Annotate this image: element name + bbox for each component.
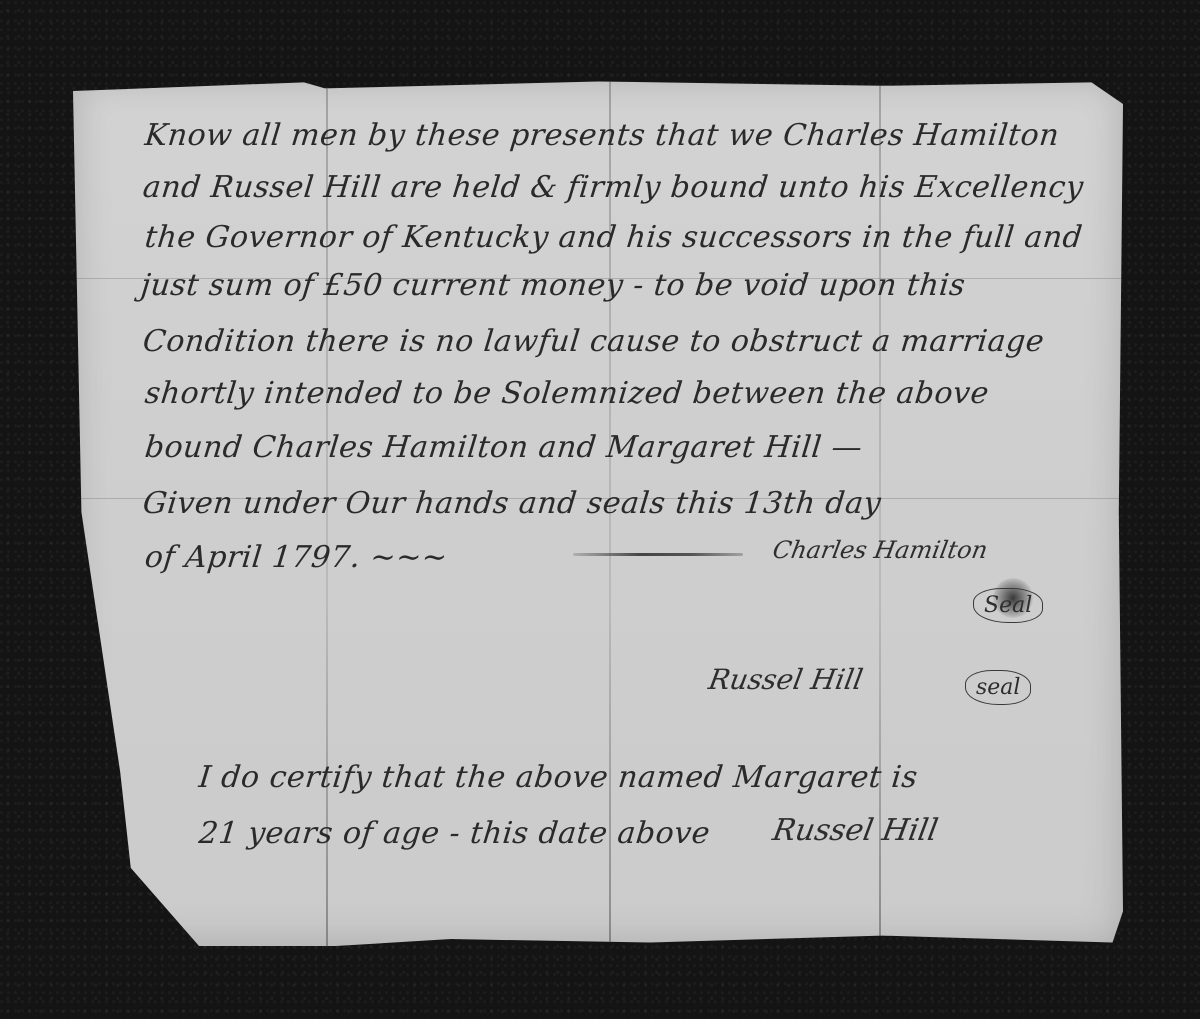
bond-line-2: and Russel Hill are held & firmly bound … [141,170,1085,205]
signature-russel-hill: Russel Hill [706,663,865,696]
document-page: Know all men by these presents that we C… [73,78,1123,946]
certification-signature: Russel Hill [770,813,941,848]
seal-2: seal [965,670,1031,705]
bond-line-5: Condition there is no lawful cause to ob… [141,324,1046,359]
bond-line-6: shortly intended to be Solemnized betwee… [143,376,991,411]
signature-charles-hamilton: Charles Hamilton [771,536,990,564]
bond-line-9: of April 1797. ~~~ [143,540,449,575]
bond-line-7: bound Charles Hamilton and Margaret Hill… [143,430,864,465]
seal-1: Seal [973,588,1043,623]
bond-line-1: Know all men by these presents that we C… [143,118,1061,153]
bond-line-4: just sum of £50 current money - to be vo… [139,268,967,303]
bond-line-3: the Governor of Kentucky and his success… [143,220,1084,255]
flourish-line [573,553,743,556]
certification-line-2: 21 years of age - this date above [197,816,712,851]
certification-line-1: I do certify that the above named Margar… [197,760,919,795]
bond-line-8: Given under Our hands and seals this 13t… [141,486,883,521]
